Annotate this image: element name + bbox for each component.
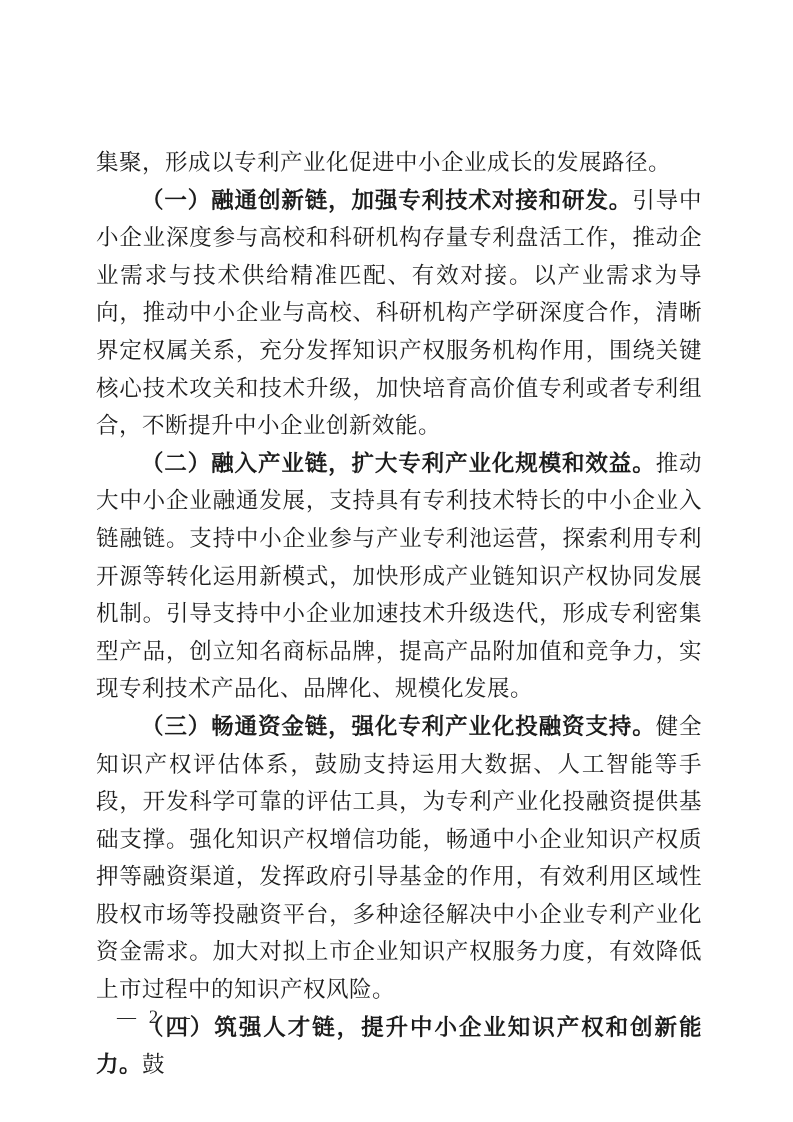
page-number: — 2 — xyxy=(117,1006,194,1030)
section-3-heading: （三）畅通资金链，强化专利产业化投融资支持。 xyxy=(141,714,656,739)
section-1-heading: （一）融通创新链，加强专利技术对接和研发。 xyxy=(141,188,632,213)
paragraph-section-3: （三）畅通资金链，强化专利产业化投融资支持。健全知识产权评估体系，鼓励支持运用大… xyxy=(96,708,702,1009)
paragraph-continuation: 集聚，形成以专利产业化促进中小企业成长的发展路径。 xyxy=(96,144,702,182)
document-body: 集聚，形成以专利产业化促进中小企业成长的发展路径。 （一）融通创新链，加强专利技… xyxy=(96,144,702,1084)
document-page: 集聚，形成以专利产业化促进中小企业成长的发展路径。 （一）融通创新链，加强专利技… xyxy=(0,0,793,1122)
section-1-body: 引导中小企业深度参与高校和科研机构存量专利盘活工作，推动企业需求与技术供给精准匹… xyxy=(96,188,702,439)
section-2-body: 推动大中小企业融通发展，支持具有专利技术特长的中小企业入链融链。支持中小企业参与… xyxy=(96,451,702,702)
section-4-body: 鼓 xyxy=(142,1052,165,1077)
paragraph-section-1: （一）融通创新链，加强专利技术对接和研发。引导中小企业深度参与高校和科研机构存量… xyxy=(96,182,702,445)
section-3-body: 健全知识产权评估体系，鼓励支持运用大数据、人工智能等手段，开发科学可靠的评估工具… xyxy=(96,714,702,1002)
paragraph-section-2: （二）融入产业链，扩大专利产业化规模和效益。推动大中小企业融通发展，支持具有专利… xyxy=(96,445,702,708)
section-2-heading: （二）融入产业链，扩大专利产业化规模和效益。 xyxy=(141,451,656,476)
